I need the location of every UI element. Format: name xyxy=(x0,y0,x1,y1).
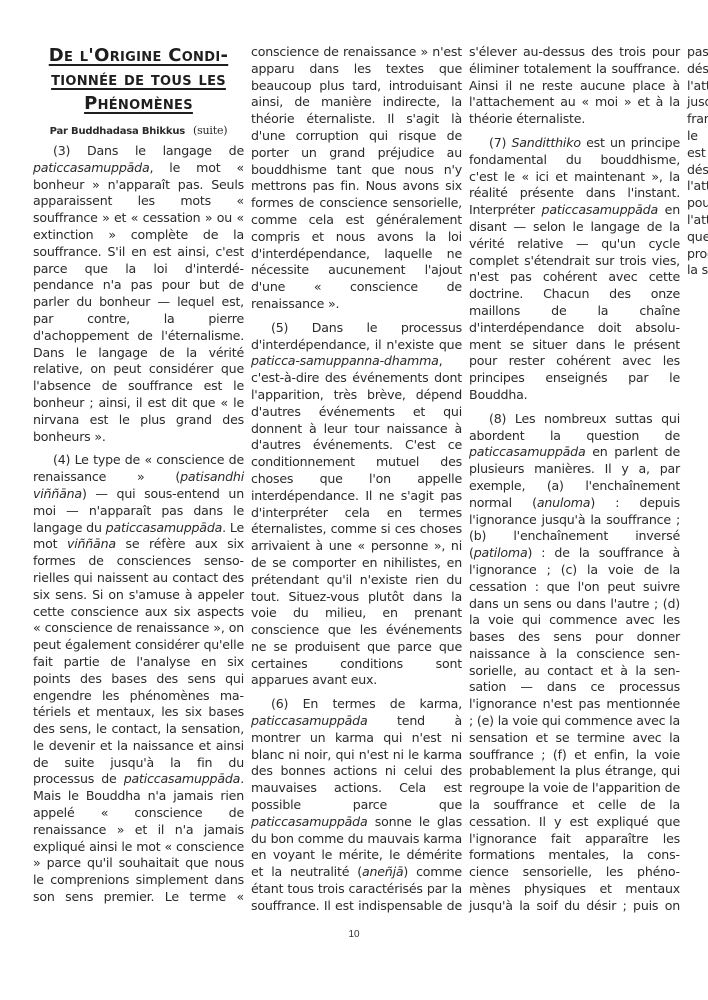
text: se réfère aux six formes de consciences … xyxy=(33,536,244,786)
byline-author: Par Buddhadasa Bhikkus xyxy=(50,126,185,137)
text: , le mot « bonheur » n'apparaît pas. Seu… xyxy=(33,160,244,444)
text: (7) xyxy=(489,135,511,150)
pali-term: anuloma xyxy=(537,495,590,510)
pali-term: viññāna xyxy=(67,536,116,551)
text: , c'est-à-dire des évé­nements dont l'ap… xyxy=(251,353,462,687)
text: (8) Les nombreux suttas qui abordent la … xyxy=(469,411,680,443)
text: (5) Dans le processus d'interdépendance,… xyxy=(251,320,462,352)
pali-term: paticcasamuppāda xyxy=(251,713,367,728)
paragraph-5: (5) Dans le processus d'interdépendance,… xyxy=(251,320,462,690)
title-line-1: De l'Origine Condi- xyxy=(49,45,229,66)
page-number: 10 xyxy=(0,929,708,940)
pali-term: paticcasamuppāda xyxy=(542,202,658,217)
article-title: De l'Origine Condi- tionnée de tous les … xyxy=(33,44,244,116)
paragraph-7: (7) Sanditthiko est un prin­cipe fondame… xyxy=(469,135,680,404)
pali-term: paticcasamuppāda xyxy=(33,160,149,175)
article-body: De l'Origine Condi- tionnée de tous les … xyxy=(33,44,680,916)
pali-term: Sanditthiko xyxy=(511,135,580,150)
byline: Par Buddhadasa Bhikkus(suite) xyxy=(33,124,244,139)
pali-term: paticcasamuppāda xyxy=(106,520,222,535)
pali-term: patiloma xyxy=(474,545,528,560)
text: (6) En termes de kar­ma, xyxy=(271,696,462,711)
pali-term: paticca-samuppanna-dhamma xyxy=(251,353,439,368)
pali-term: paticcasamuppāda xyxy=(251,814,367,829)
pali-term: paticcasamuppāda xyxy=(469,444,585,459)
title-line-3: Phénomènes xyxy=(84,93,193,114)
pali-term: paticcasamuppāda xyxy=(124,771,240,786)
paragraph-3: (3) Dans le langage de paticcasamuppāda,… xyxy=(33,143,244,445)
title-line-2: tionnée de tous les xyxy=(51,69,226,90)
byline-suite: (suite) xyxy=(193,124,227,137)
text: (3) Dans le langage de xyxy=(53,143,244,158)
pali-term: aneñjā xyxy=(362,864,403,879)
text: en di­sant — selon le langage de la véri… xyxy=(469,202,680,402)
